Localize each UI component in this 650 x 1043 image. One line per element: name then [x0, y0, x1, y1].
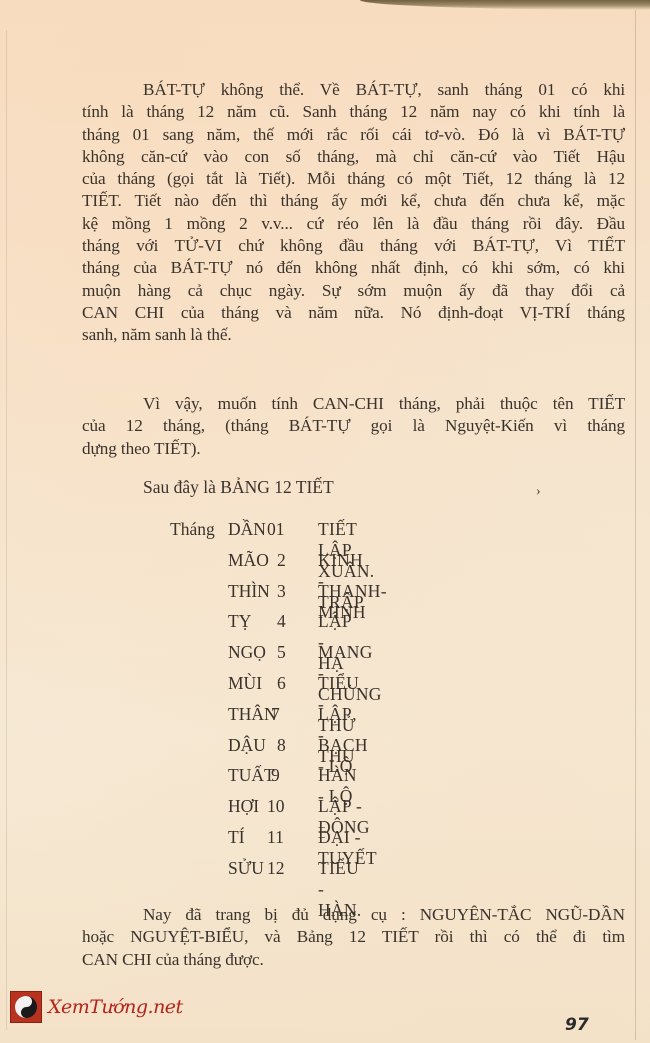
yin-yang-icon	[10, 991, 42, 1023]
month-prefix: Tháng	[170, 519, 215, 540]
earthly-branch: TÍ	[228, 827, 245, 848]
text-line: hoặc NGUYỆT-BIỂU, và Bảng 12 TIẾT rồi th…	[82, 926, 625, 948]
month-number: 3	[277, 581, 286, 602]
text-line: muộn hàng cả chục ngày. Sự sớm muộn ấy đ…	[82, 280, 625, 302]
earthly-branch: NGỌ	[228, 642, 266, 663]
text-line: Vì vậy, muốn tính CAN-CHI tháng, phải th…	[82, 393, 625, 415]
page-top-edge-shadow	[360, 0, 650, 10]
month-number: 9	[271, 765, 280, 786]
earthly-branch: THÌN	[228, 581, 270, 602]
paragraph-1: BÁT-TỰ không thể. Về BÁT-TỰ, sanh tháng …	[82, 79, 625, 347]
month-number: 2	[277, 550, 286, 571]
stray-ink-mark: ›	[536, 484, 541, 500]
earthly-branch: DẬU	[228, 735, 266, 756]
table-intro: Sau đây là BẢNG 12 TIẾT	[143, 477, 334, 498]
text-line: CAN CHI của tháng và năm nữa. Nó định-đo…	[82, 302, 625, 324]
page-fold-line	[635, 10, 636, 1040]
earthly-branch: MÃO	[228, 550, 269, 571]
text-line: Nay đã trang bị đủ dụng cụ : NGUYÊN-TẮC …	[82, 904, 625, 926]
text-line: dựng theo TIẾT).	[82, 438, 625, 460]
earthly-branch: TỴ	[228, 611, 251, 632]
text-line: tháng với TỬ-VI chứ không đầu tháng với …	[82, 235, 625, 257]
month-number: 5	[277, 642, 286, 663]
month-number: 10	[267, 796, 285, 817]
month-number: 11	[267, 827, 284, 848]
text-line: sanh, năm sanh là thế.	[82, 324, 625, 346]
text-line: CAN CHI của tháng được.	[82, 949, 625, 971]
earthly-branch: MÙI	[228, 673, 262, 694]
month-number: 8	[277, 735, 286, 756]
month-number: 6	[277, 673, 286, 694]
text-line: tháng 01 sang năm, thế mới rắc rối cái t…	[82, 124, 625, 146]
text-line: tháng của BÁT-TỰ nó đến không nhất định,…	[82, 257, 625, 279]
text-line: tính là tháng 12 năm cũ. Sanh tháng 12 n…	[82, 101, 625, 123]
text-line: của 12 tháng, (tháng BÁT-TỰ gọi là Nguyệ…	[82, 415, 625, 437]
text-line: kệ mồng 1 mồng 2 v.v... cứ réo lên là đầ…	[82, 213, 625, 235]
page-fold-line-left	[6, 30, 7, 1030]
earthly-branch: SỬU	[228, 858, 264, 879]
earthly-branch: DẦN	[228, 519, 266, 540]
paragraph-2: Vì vậy, muốn tính CAN-CHI tháng, phải th…	[82, 393, 625, 460]
month-number: 12	[267, 858, 285, 879]
month-number: 7	[271, 704, 280, 725]
text-line: BÁT-TỰ không thể. Về BÁT-TỰ, sanh tháng …	[82, 79, 625, 101]
month-number: 4	[277, 611, 286, 632]
scanned-book-page: BÁT-TỰ không thể. Về BÁT-TỰ, sanh tháng …	[0, 0, 650, 1043]
paragraph-3: Nay đã trang bị đủ dụng cụ : NGUYÊN-TẮC …	[82, 904, 625, 971]
text-line: của tháng (gọi tắt là Tiết). Mỗi tháng c…	[82, 168, 625, 190]
earthly-branch: HỢI	[228, 796, 259, 817]
watermark-text: XemTướng.net	[48, 996, 183, 1018]
month-number: 01	[267, 519, 285, 540]
earthly-branch: TUẤT	[228, 765, 275, 786]
watermark-logo: XemTướng.net	[10, 991, 183, 1023]
text-line: không căn-cứ vào con số tháng, mà chỉ că…	[82, 146, 625, 168]
text-line: TIẾT. Tiết nào đến thì tháng ấy mới kể, …	[82, 190, 625, 212]
page-number: 97	[565, 1015, 589, 1035]
earthly-branch: THÂN	[228, 704, 277, 725]
